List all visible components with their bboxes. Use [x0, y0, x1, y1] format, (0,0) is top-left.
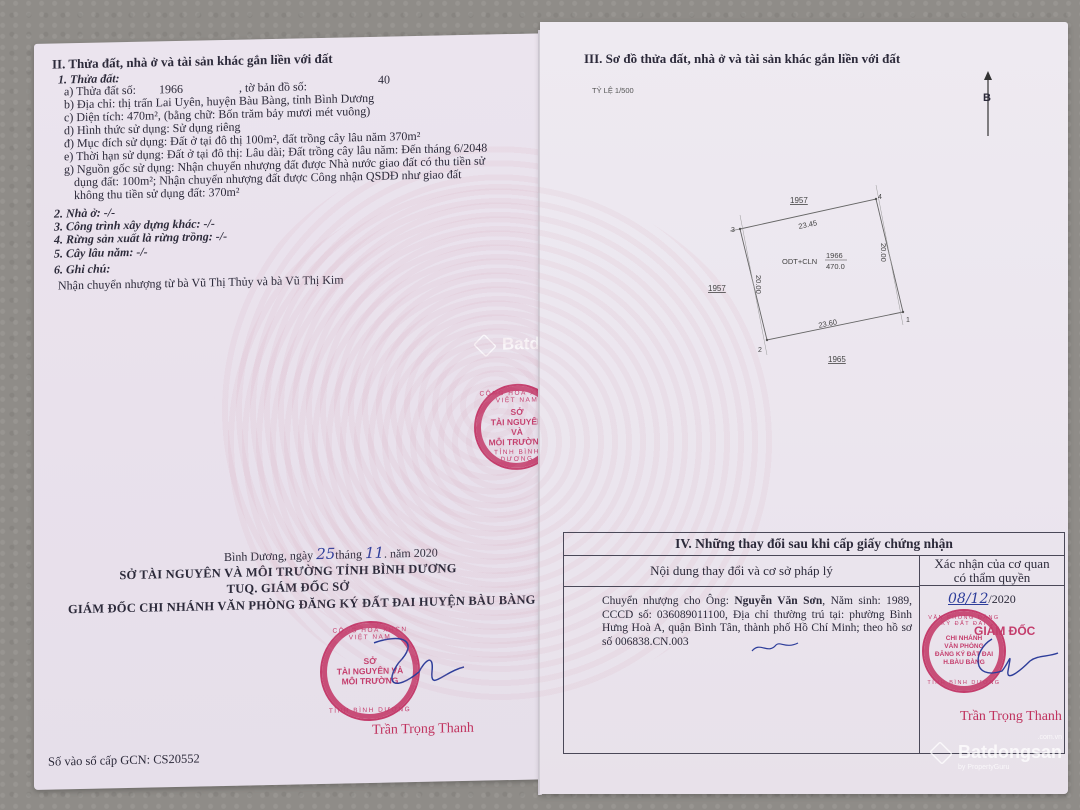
section-ii-title: II. Thửa đất, nhà ở và tài sản khác gắn …: [52, 52, 333, 71]
certificate-left-page: II. Thửa đất, nhà ở và tài sản khác gắn …: [34, 33, 542, 790]
parcel-diagram: 1957 1957 1965 23.45 23.60 20.00 20.00 O…: [690, 185, 930, 375]
certificate-right-page: III. Sơ đồ thửa đất, nhà ở và tài sản kh…: [540, 22, 1068, 794]
notes-heading: 6. Ghi chú:: [54, 262, 110, 276]
north-arrow-icon: [978, 70, 998, 140]
director-signature: [952, 631, 1062, 691]
changes-table: IV. Những thay đổi sau khi cấp giấy chứn…: [563, 532, 1065, 754]
col-header-line: Xác nhận của cơ quan: [920, 557, 1064, 571]
stamp-ring-top: VĂN PHÒNG ĐĂNG KÝ ĐẤT ĐAI: [924, 615, 1004, 627]
svg-text:1: 1: [906, 317, 910, 324]
changes-title: IV. Những thay đổi sau khi cấp giấy chứn…: [564, 533, 1064, 556]
confirm-signer-name: Trần Trọng Thanh: [960, 709, 1062, 725]
svg-text:ODT+CLN: ODT+CLN: [782, 257, 817, 266]
svg-text:23.60: 23.60: [818, 317, 838, 329]
svg-text:20.00: 20.00: [879, 243, 888, 262]
watermark-suffix: .com.vn: [1038, 734, 1063, 741]
svg-text:470.0: 470.0: [826, 262, 845, 271]
section-iii-title: III. Sơ đồ thửa đất, nhà ở và tài sản kh…: [584, 52, 900, 65]
map-sheet-number: 40: [310, 74, 390, 89]
svg-text:23.45: 23.45: [798, 218, 818, 231]
origin-line-3: không thu tiền sử dụng đất: 370m²: [74, 186, 239, 202]
date-month: 11: [365, 544, 384, 562]
perennial-item: 5. Cây lâu năm: -/-: [54, 246, 148, 261]
svg-text:4: 4: [878, 194, 882, 201]
svg-text:1957: 1957: [708, 284, 726, 293]
svg-text:1957: 1957: [790, 196, 808, 205]
col-header-confirmation: Xác nhận của cơ quan có thẩm quyền: [920, 556, 1064, 586]
registry-number: Số vào sổ cấp GCN: CS20552: [48, 753, 200, 769]
stamp-ring-bottom: TỈNH BÌNH DƯƠNG: [322, 706, 418, 715]
svg-text:1965: 1965: [828, 355, 846, 364]
batdongsan-logo-icon: [929, 741, 953, 765]
signature-scribble: [364, 631, 474, 703]
svg-text:2: 2: [758, 347, 762, 354]
col-header-line: có thẩm quyền: [920, 571, 1064, 585]
confirm-year: /2020: [988, 592, 1015, 606]
date-month-label: tháng: [335, 547, 362, 562]
svg-text:20.00: 20.00: [754, 275, 763, 294]
north-label: B: [983, 92, 991, 105]
buyer-name: Nguyễn Văn Sơn: [734, 595, 822, 607]
date-day: 25: [316, 545, 335, 563]
svg-text:3: 3: [731, 227, 735, 234]
column-divider: [919, 587, 920, 753]
svg-text:1966: 1966: [826, 251, 843, 260]
col-header-content: Nội dung thay đổi và cơ sở pháp lý: [564, 556, 920, 587]
scale-label: TỶ LỆ 1/500: [592, 84, 634, 97]
date-year: . năm 2020: [384, 546, 438, 561]
notes-text: Nhận chuyển nhượng từ bà Vũ Thị Thủy và …: [58, 274, 344, 293]
batdongsan-logo-icon: [473, 334, 497, 358]
parcel-sketch: 1957 1957 1965 23.45 23.60 20.00 20.00 O…: [690, 185, 930, 375]
watermark-tagline: by PropertyGuru: [958, 764, 1062, 771]
content-prefix: Chuyển nhượng cho Ông:: [602, 595, 734, 607]
batdongsan-watermark-corner: Batdongsan .com.vn by PropertyGuru: [928, 742, 1062, 771]
signer-name: Trần Trọng Thanh: [372, 721, 474, 739]
initials-scribble: [750, 637, 800, 659]
confirmation-date: 08/12/2020: [948, 593, 1016, 606]
confirm-date-handwritten: 08/12: [948, 591, 988, 607]
watermark-brand: Batdongsan: [958, 742, 1062, 762]
date-prefix: Bình Dương, ngày: [224, 548, 313, 564]
